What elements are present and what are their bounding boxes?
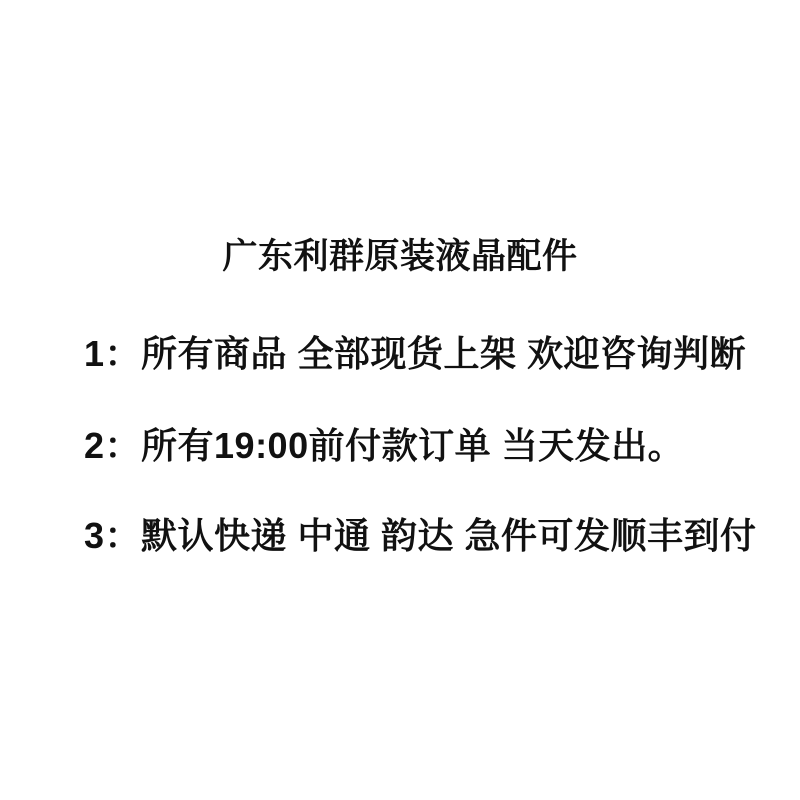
- notice-line-2: 2：所有19:00前付款订单 当天发出。: [84, 428, 800, 464]
- notice-title: 广东利群原装液晶配件: [0, 239, 800, 274]
- notice-line-1: 1：所有商品 全部现货上架 欢迎咨询判断: [84, 336, 800, 372]
- notice-line-3: 3：默认快递 中通 韵达 急件可发顺丰到付: [84, 518, 800, 554]
- seller-notice: 广东利群原装液晶配件 1：所有商品 全部现货上架 欢迎咨询判断 2：所有19:0…: [0, 0, 800, 554]
